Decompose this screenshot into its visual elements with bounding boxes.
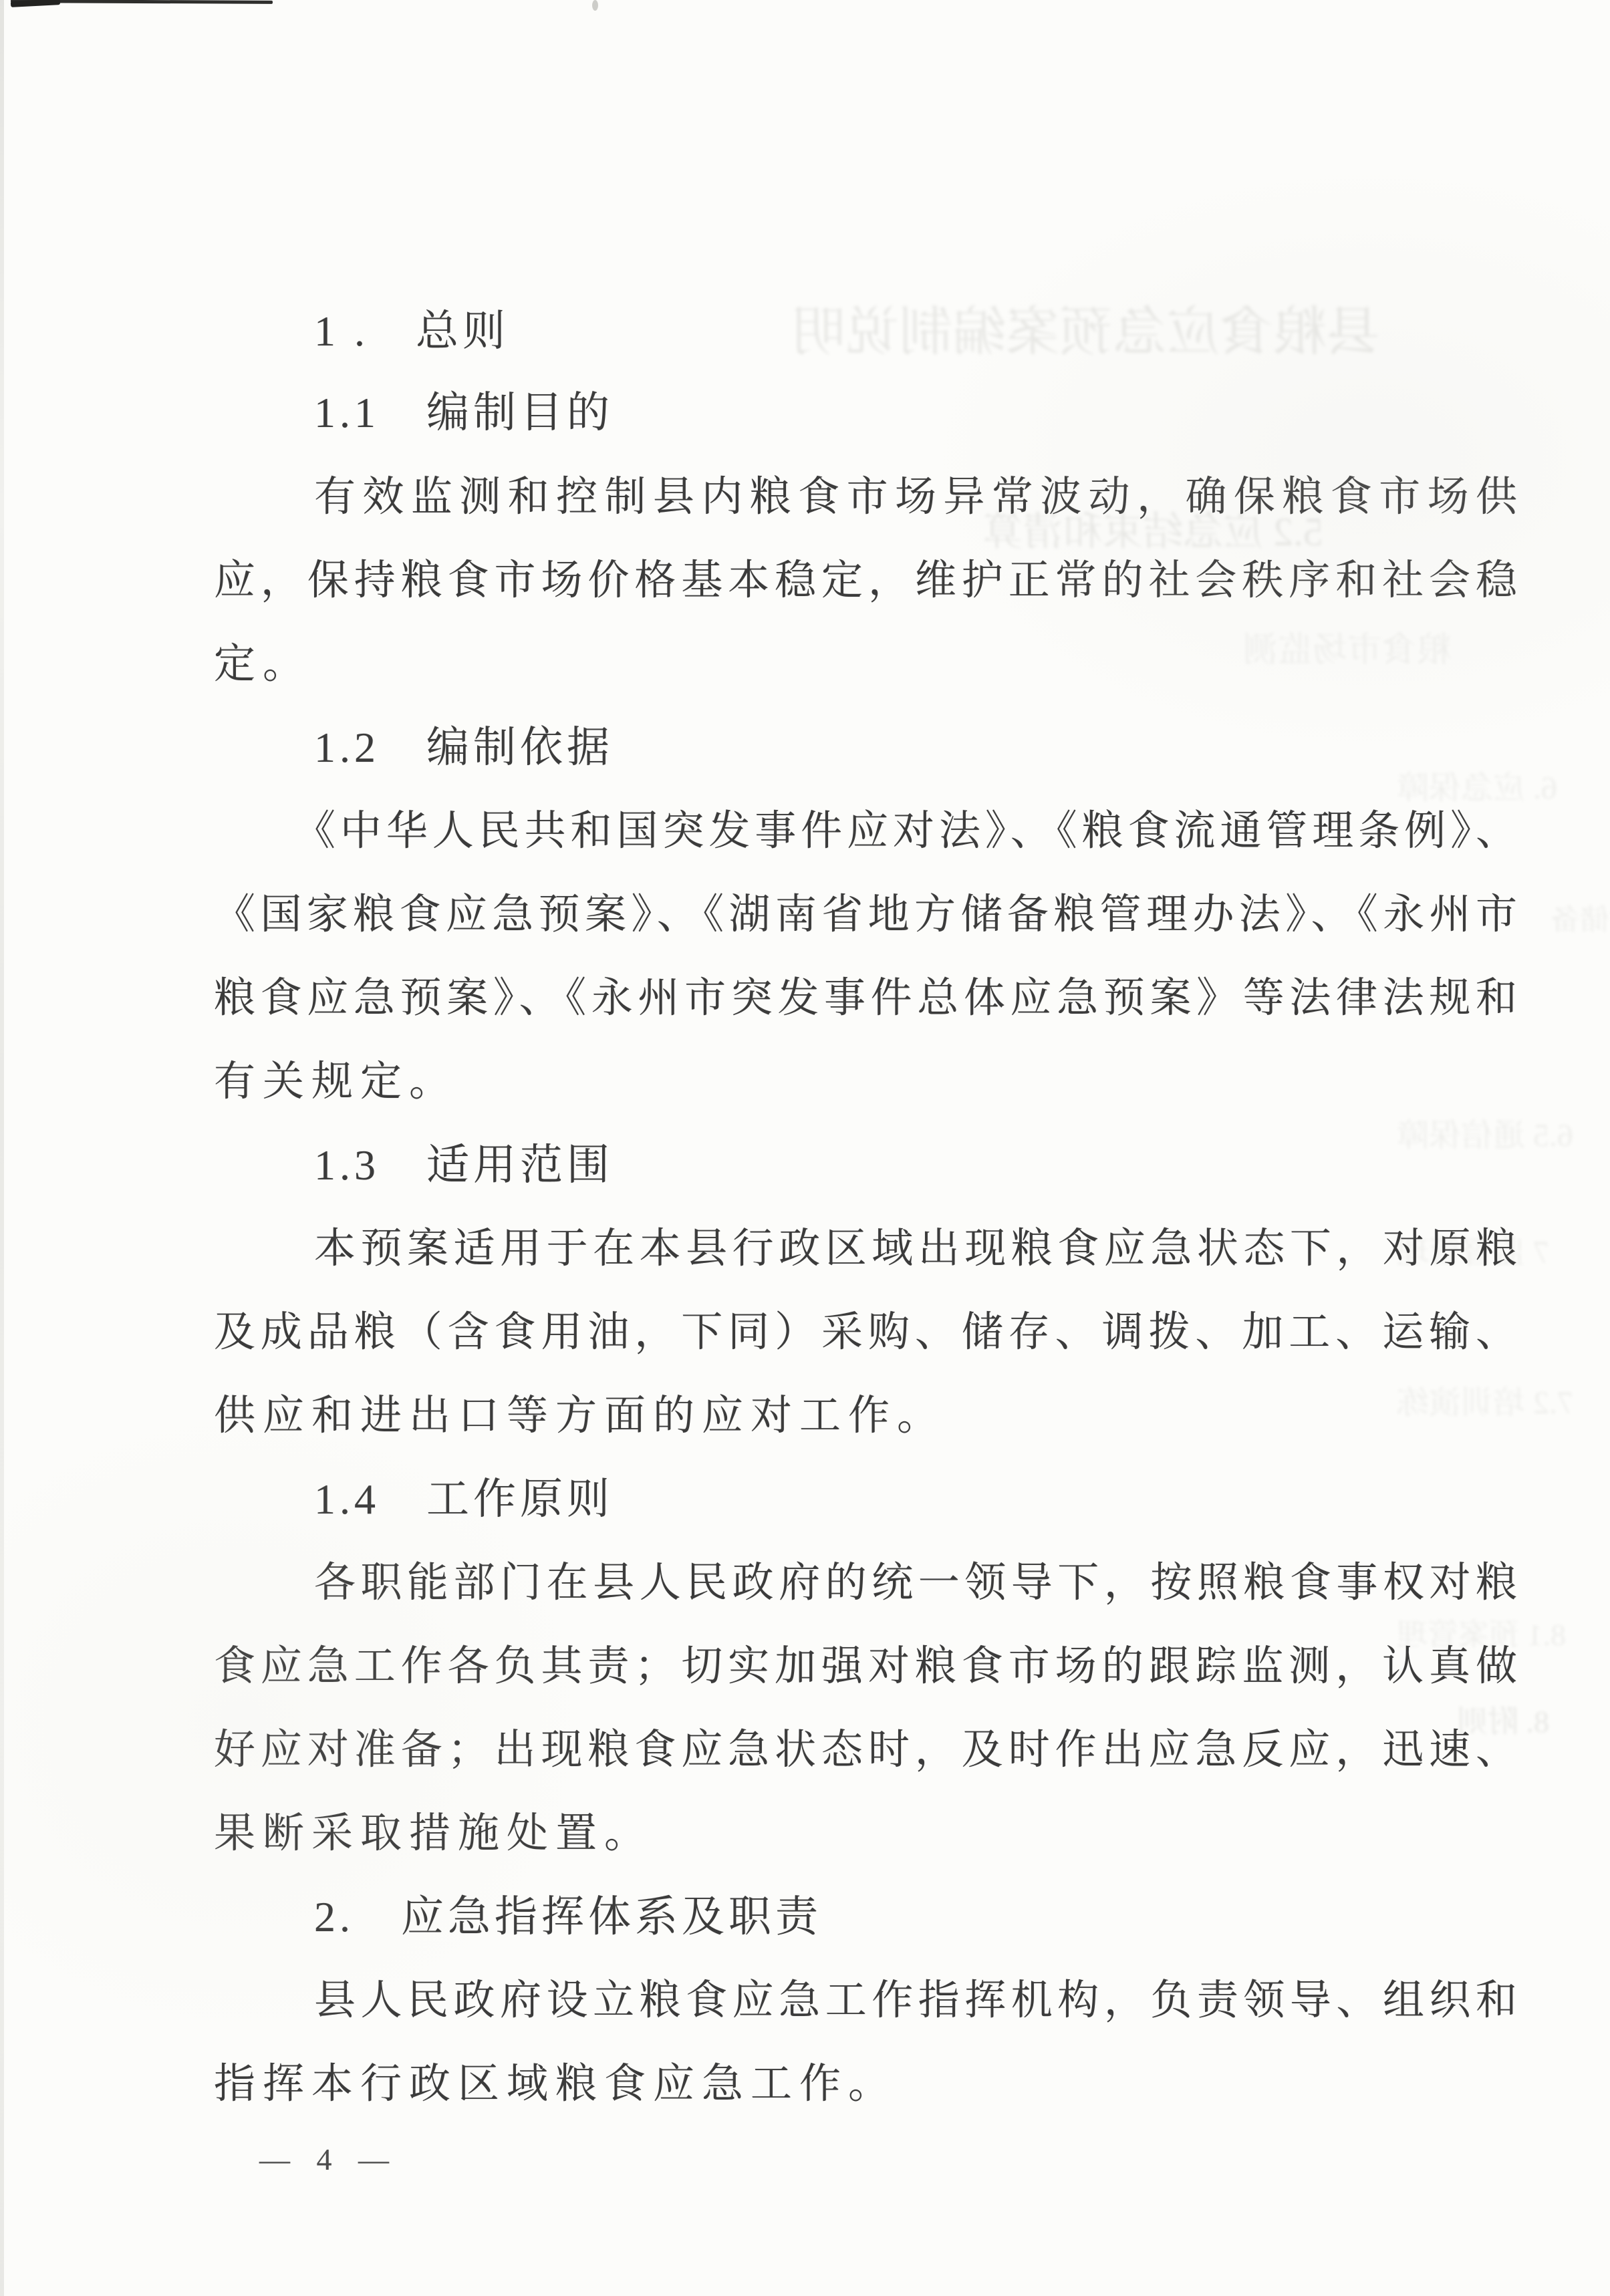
scan-edge-streak <box>0 0 4 2296</box>
paragraph-line: 粮食应急预案》、《永州市突发事件总体应急预案》等法律法规和 <box>214 968 1517 1029</box>
bleedthrough-text: 6.1 粮食储备 <box>1551 895 1610 938</box>
page-number: — 4 — <box>259 2142 398 2177</box>
paragraph-line: 及成品粮（含食用油，下同）采购、储存、调拨、加工、运输、 <box>214 1302 1517 1363</box>
scanned-document-page: 县粮食应急预案编制说明 5.2 应急结束和清算 粮食市场监测 6. 应急保障 6… <box>0 0 1610 2296</box>
paragraph-line: 有关规定。 <box>214 1051 458 1113</box>
section-heading-1-3: 1.3 适用范围 <box>314 1135 614 1196</box>
paragraph-line: 应，保持粮食市场价格基本稳定，维护正常的社会秩序和社会稳 <box>214 550 1517 611</box>
section-heading-1-1: 1.1 编制目的 <box>314 382 614 444</box>
paragraph-line: 指挥本行政区域粮食应急工作。 <box>214 2053 897 2115</box>
section-heading-2: 2. 应急指挥体系及职责 <box>314 1886 822 1948</box>
paragraph-line: 《中华人民共和国突发事件应对法》、《粮食流通管理条例》、 <box>294 801 1517 862</box>
scan-top-tick-artifact <box>11 0 60 7</box>
paragraph-line: 食应急工作各负其责；切实加强对粮食市场的跟踪监测，认真做 <box>214 1636 1517 1697</box>
bleedthrough-text: 7.2 培训演练 <box>1397 1377 1573 1423</box>
bleedthrough-text: 粮食市场监测 <box>1243 621 1452 672</box>
paragraph-line: 果断采取措施处置。 <box>214 1803 653 1864</box>
paragraph-line: 县人民政府设立粮食应急工作指挥机构，负责领导、组织和 <box>314 1970 1517 2031</box>
paragraph-line: 供应和进出口等方面的应对工作。 <box>214 1385 946 1447</box>
section-heading-1: 1 . 总则 <box>314 301 509 362</box>
bleedthrough-text: 县粮食应急预案编制说明 <box>792 289 1380 366</box>
paragraph-line: 各职能部门在县人民政府的统一领导下，按照粮食事权对粮 <box>314 1552 1517 1614</box>
paragraph-line: 有效监测和控制县内粮食市场异常波动，确保粮食市场供 <box>314 466 1517 528</box>
paragraph-line: 定。 <box>214 633 311 695</box>
bleedthrough-text: 6.5 通信保障 <box>1397 1109 1573 1155</box>
scan-speck-artifact <box>592 0 598 11</box>
paragraph-line: 好应对准备；出现粮食应急状态时，及时作出应急反应，迅速、 <box>214 1719 1517 1781</box>
section-heading-1-2: 1.2 编制依据 <box>314 717 614 778</box>
paragraph-line: 《国家粮食应急预案》、《湖南省地方储备粮管理办法》、《永州市 <box>214 884 1517 946</box>
section-heading-1-4: 1.4 工作原则 <box>314 1469 614 1530</box>
paragraph-line: 本预案适用于在本县行政区域出现粮食应急状态下，对原粮 <box>314 1218 1517 1280</box>
